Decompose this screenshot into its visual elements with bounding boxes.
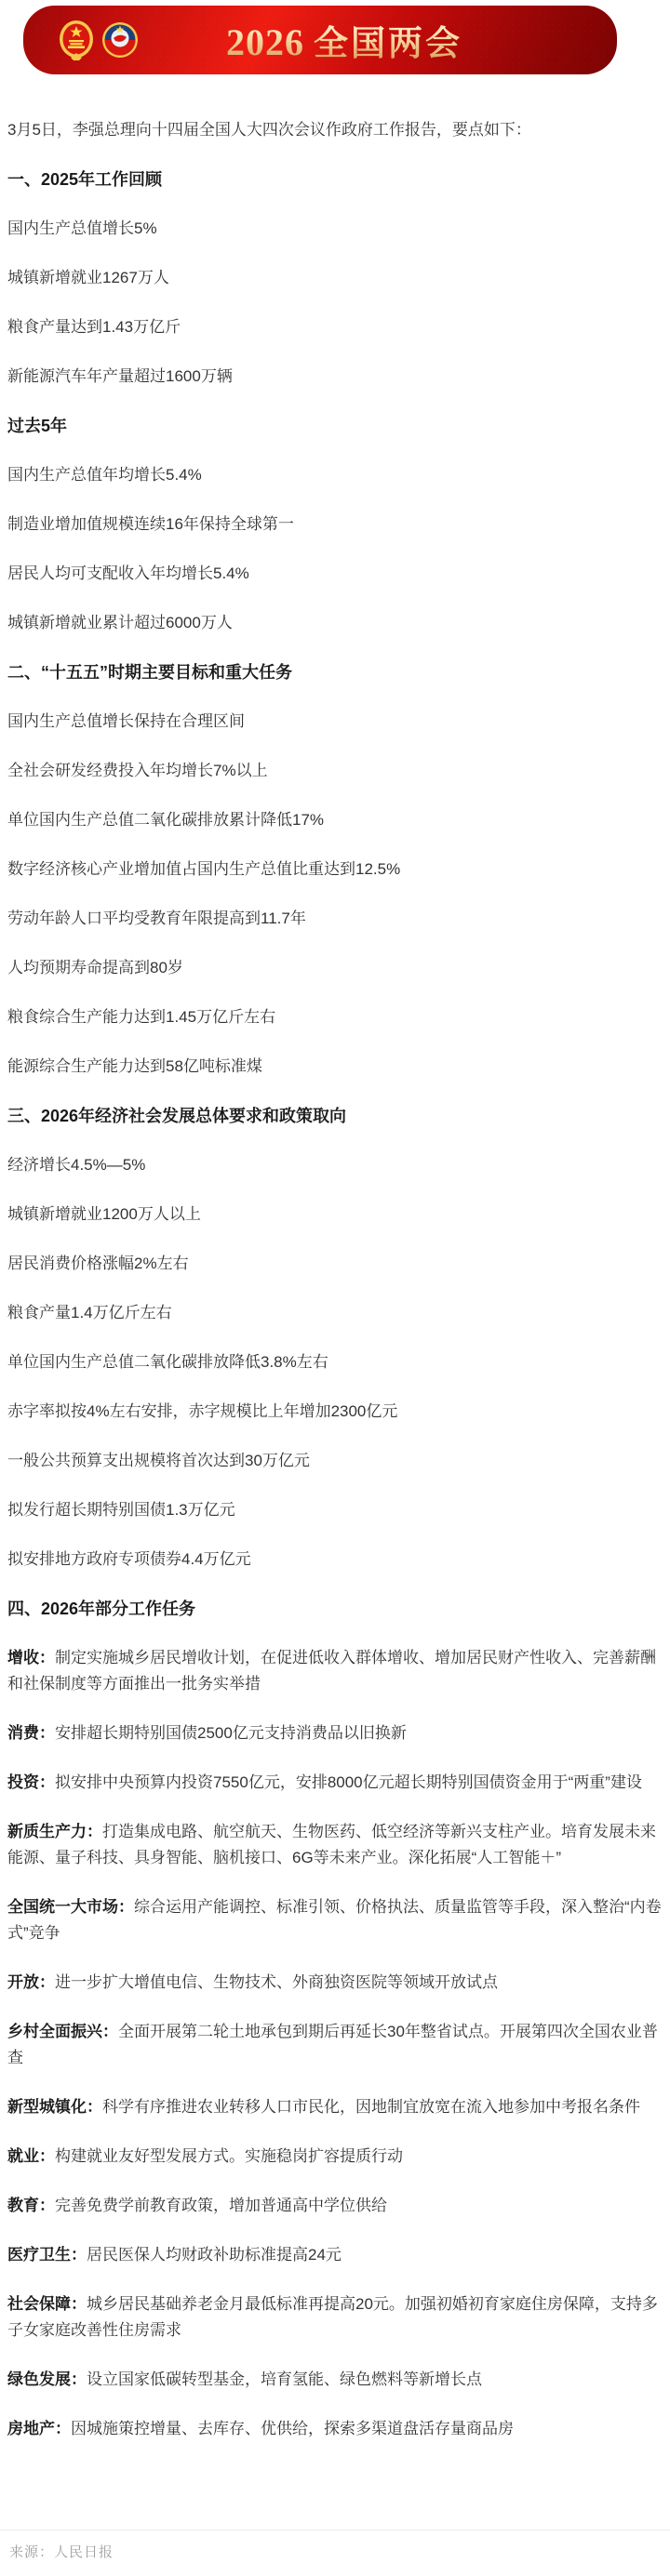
- report-item: 劳动年龄人口平均受教育年限提高到11.7年: [7, 906, 663, 932]
- article-content: 3月5日，李强总理向十四届全国人大四次会议作政府工作报告，要点如下： 一、202…: [0, 117, 670, 2465]
- task-item: 房地产：因城施策控增量、去库存、优供给，探索多渠道盘活存量商品房: [7, 2416, 663, 2442]
- report-item: 单位国内生产总值二氧化碳排放降低3.8%左右: [7, 1349, 663, 1375]
- task-item: 增收：制定实施城乡居民增收计划，在促进低收入群体增收、增加居民财产性收入、完善薪…: [7, 1645, 663, 1697]
- report-item: 制造业增加值规模连续16年保持全球第一: [7, 511, 663, 538]
- report-blocks: 一、2025年工作回顾国内生产总值增长5%城镇新增就业1267万人粮食产量达到1…: [7, 166, 663, 2442]
- section-heading: 一、2025年工作回顾: [7, 166, 663, 193]
- section-heading: 三、2026年经济社会发展总体要求和政策取向: [7, 1103, 663, 1129]
- report-item: 数字经济核心产业增加值占国内生产总值比重达到12.5%: [7, 856, 663, 883]
- task-label: 乡村全面振兴：: [7, 2023, 118, 2040]
- source-credit: 来源：人民日报: [9, 2542, 661, 2561]
- task-item: 绿色发展：设立国家低碳转型基金，培育氢能、绿色燃料等新增长点: [7, 2367, 663, 2393]
- banner-title-text: 全国两会: [314, 24, 462, 62]
- report-item: 新能源汽车年产量超过1600万辆: [7, 364, 663, 390]
- intro-paragraph: 3月5日，李强总理向十四届全国人大四次会议作政府工作报告，要点如下：: [7, 117, 663, 143]
- report-item: 粮食产量1.4万亿斤左右: [7, 1300, 663, 1326]
- task-label: 就业：: [7, 2147, 55, 2165]
- task-item: 社会保障：城乡居民基础养老金月最低标准再提高20元。加强初婚初育家庭住房保障，支…: [7, 2291, 663, 2344]
- task-label: 开放：: [7, 1973, 55, 1991]
- task-item: 就业：构建就业友好型发展方式。实施稳岗扩容提质行动: [7, 2144, 663, 2170]
- report-item: 粮食产量达到1.43万亿斤: [7, 314, 663, 340]
- task-label: 消费：: [7, 1724, 55, 1742]
- two-sessions-banner: 2026全国两会: [23, 6, 617, 74]
- report-item: 拟安排地方政府专项债券4.4万亿元: [7, 1547, 663, 1573]
- cppcc-emblem-icon: [102, 20, 138, 60]
- task-item: 医疗卫生：居民医保人均财政补助标准提高24元: [7, 2242, 663, 2268]
- section-heading: 四、2026年部分工作任务: [7, 1596, 663, 1622]
- report-item: 人均预期寿命提高到80岁: [7, 955, 663, 981]
- task-item: 投资：拟安排中央预算内投资7550亿元，安排8000亿元超长期特别国债资金用于“…: [7, 1770, 663, 1796]
- task-label: 新质生产力：: [7, 1823, 102, 1840]
- report-item: 全社会研发经费投入年均增长7%以上: [7, 758, 663, 784]
- report-item: 粮食综合生产能力达到1.45万亿斤左右: [7, 1004, 663, 1030]
- section-heading: 二、“十五五”时期主要目标和重大任务: [7, 659, 663, 685]
- task-item: 新质生产力：打造集成电路、航空航天、生物医药、低空经济等新兴支柱产业。培育发展未…: [7, 1819, 663, 1871]
- footer: 来源：人民日报: [0, 2530, 670, 2576]
- task-label: 教育：: [7, 2197, 55, 2214]
- task-item: 消费：安排超长期特别国债2500亿元支持消费品以旧换新: [7, 1720, 663, 1746]
- task-item: 新型城镇化：科学有序推进农业转移人口市民化，因地制宜放宽在流入地参加中考报名条件: [7, 2094, 663, 2120]
- report-item: 单位国内生产总值二氧化碳排放累计降低17%: [7, 807, 663, 833]
- banner-year: 2026: [226, 21, 304, 63]
- report-item: 国内生产总值增长5%: [7, 216, 663, 242]
- task-label: 房地产：: [7, 2420, 71, 2437]
- report-item: 一般公共预算支出规模将首次达到30万亿元: [7, 1448, 663, 1474]
- report-item: 居民消费价格涨幅2%左右: [7, 1251, 663, 1277]
- report-item: 居民人均可支配收入年均增长5.4%: [7, 561, 663, 587]
- report-item: 城镇新增就业1200万人以上: [7, 1202, 663, 1228]
- report-item: 经济增长4.5%—5%: [7, 1152, 663, 1178]
- banner-emblems: [59, 20, 138, 60]
- task-label: 社会保障：: [7, 2295, 87, 2313]
- report-item: 赤字率拟按4%左右安排，赤字规模比上年增加2300亿元: [7, 1399, 663, 1425]
- section-heading: 过去5年: [7, 413, 663, 439]
- task-label: 全国统一大市场：: [7, 1898, 134, 1916]
- task-item: 开放：进一步扩大增值电信、生物技术、外商独资医院等领域开放试点: [7, 1970, 663, 1996]
- report-item: 能源综合生产能力达到58亿吨标准煤: [7, 1054, 663, 1080]
- task-label: 医疗卫生：: [7, 2246, 87, 2264]
- task-label: 增收：: [7, 1649, 55, 1666]
- task-label: 新型城镇化：: [7, 2098, 102, 2116]
- task-label: 投资：: [7, 1773, 55, 1791]
- task-item: 乡村全面振兴：全面开展第二轮土地承包到期后再延长30年整省试点。开展第四次全国农…: [7, 2019, 663, 2071]
- report-item: 国内生产总值年均增长5.4%: [7, 462, 663, 488]
- report-item: 城镇新增就业1267万人: [7, 265, 663, 291]
- prc-national-emblem-icon: [59, 20, 94, 60]
- report-item: 城镇新增就业累计超过6000万人: [7, 610, 663, 636]
- task-item: 教育：完善免费学前教育政策，增加普通高中学位供给: [7, 2193, 663, 2219]
- task-label: 绿色发展：: [7, 2370, 87, 2388]
- report-item: 拟发行超长期特别国债1.3万亿元: [7, 1497, 663, 1523]
- report-item: 国内生产总值增长保持在合理区间: [7, 709, 663, 735]
- task-item: 全国统一大市场：综合运用产能调控、标准引领、价格执法、质量监管等手段，深入整治“…: [7, 1894, 663, 1946]
